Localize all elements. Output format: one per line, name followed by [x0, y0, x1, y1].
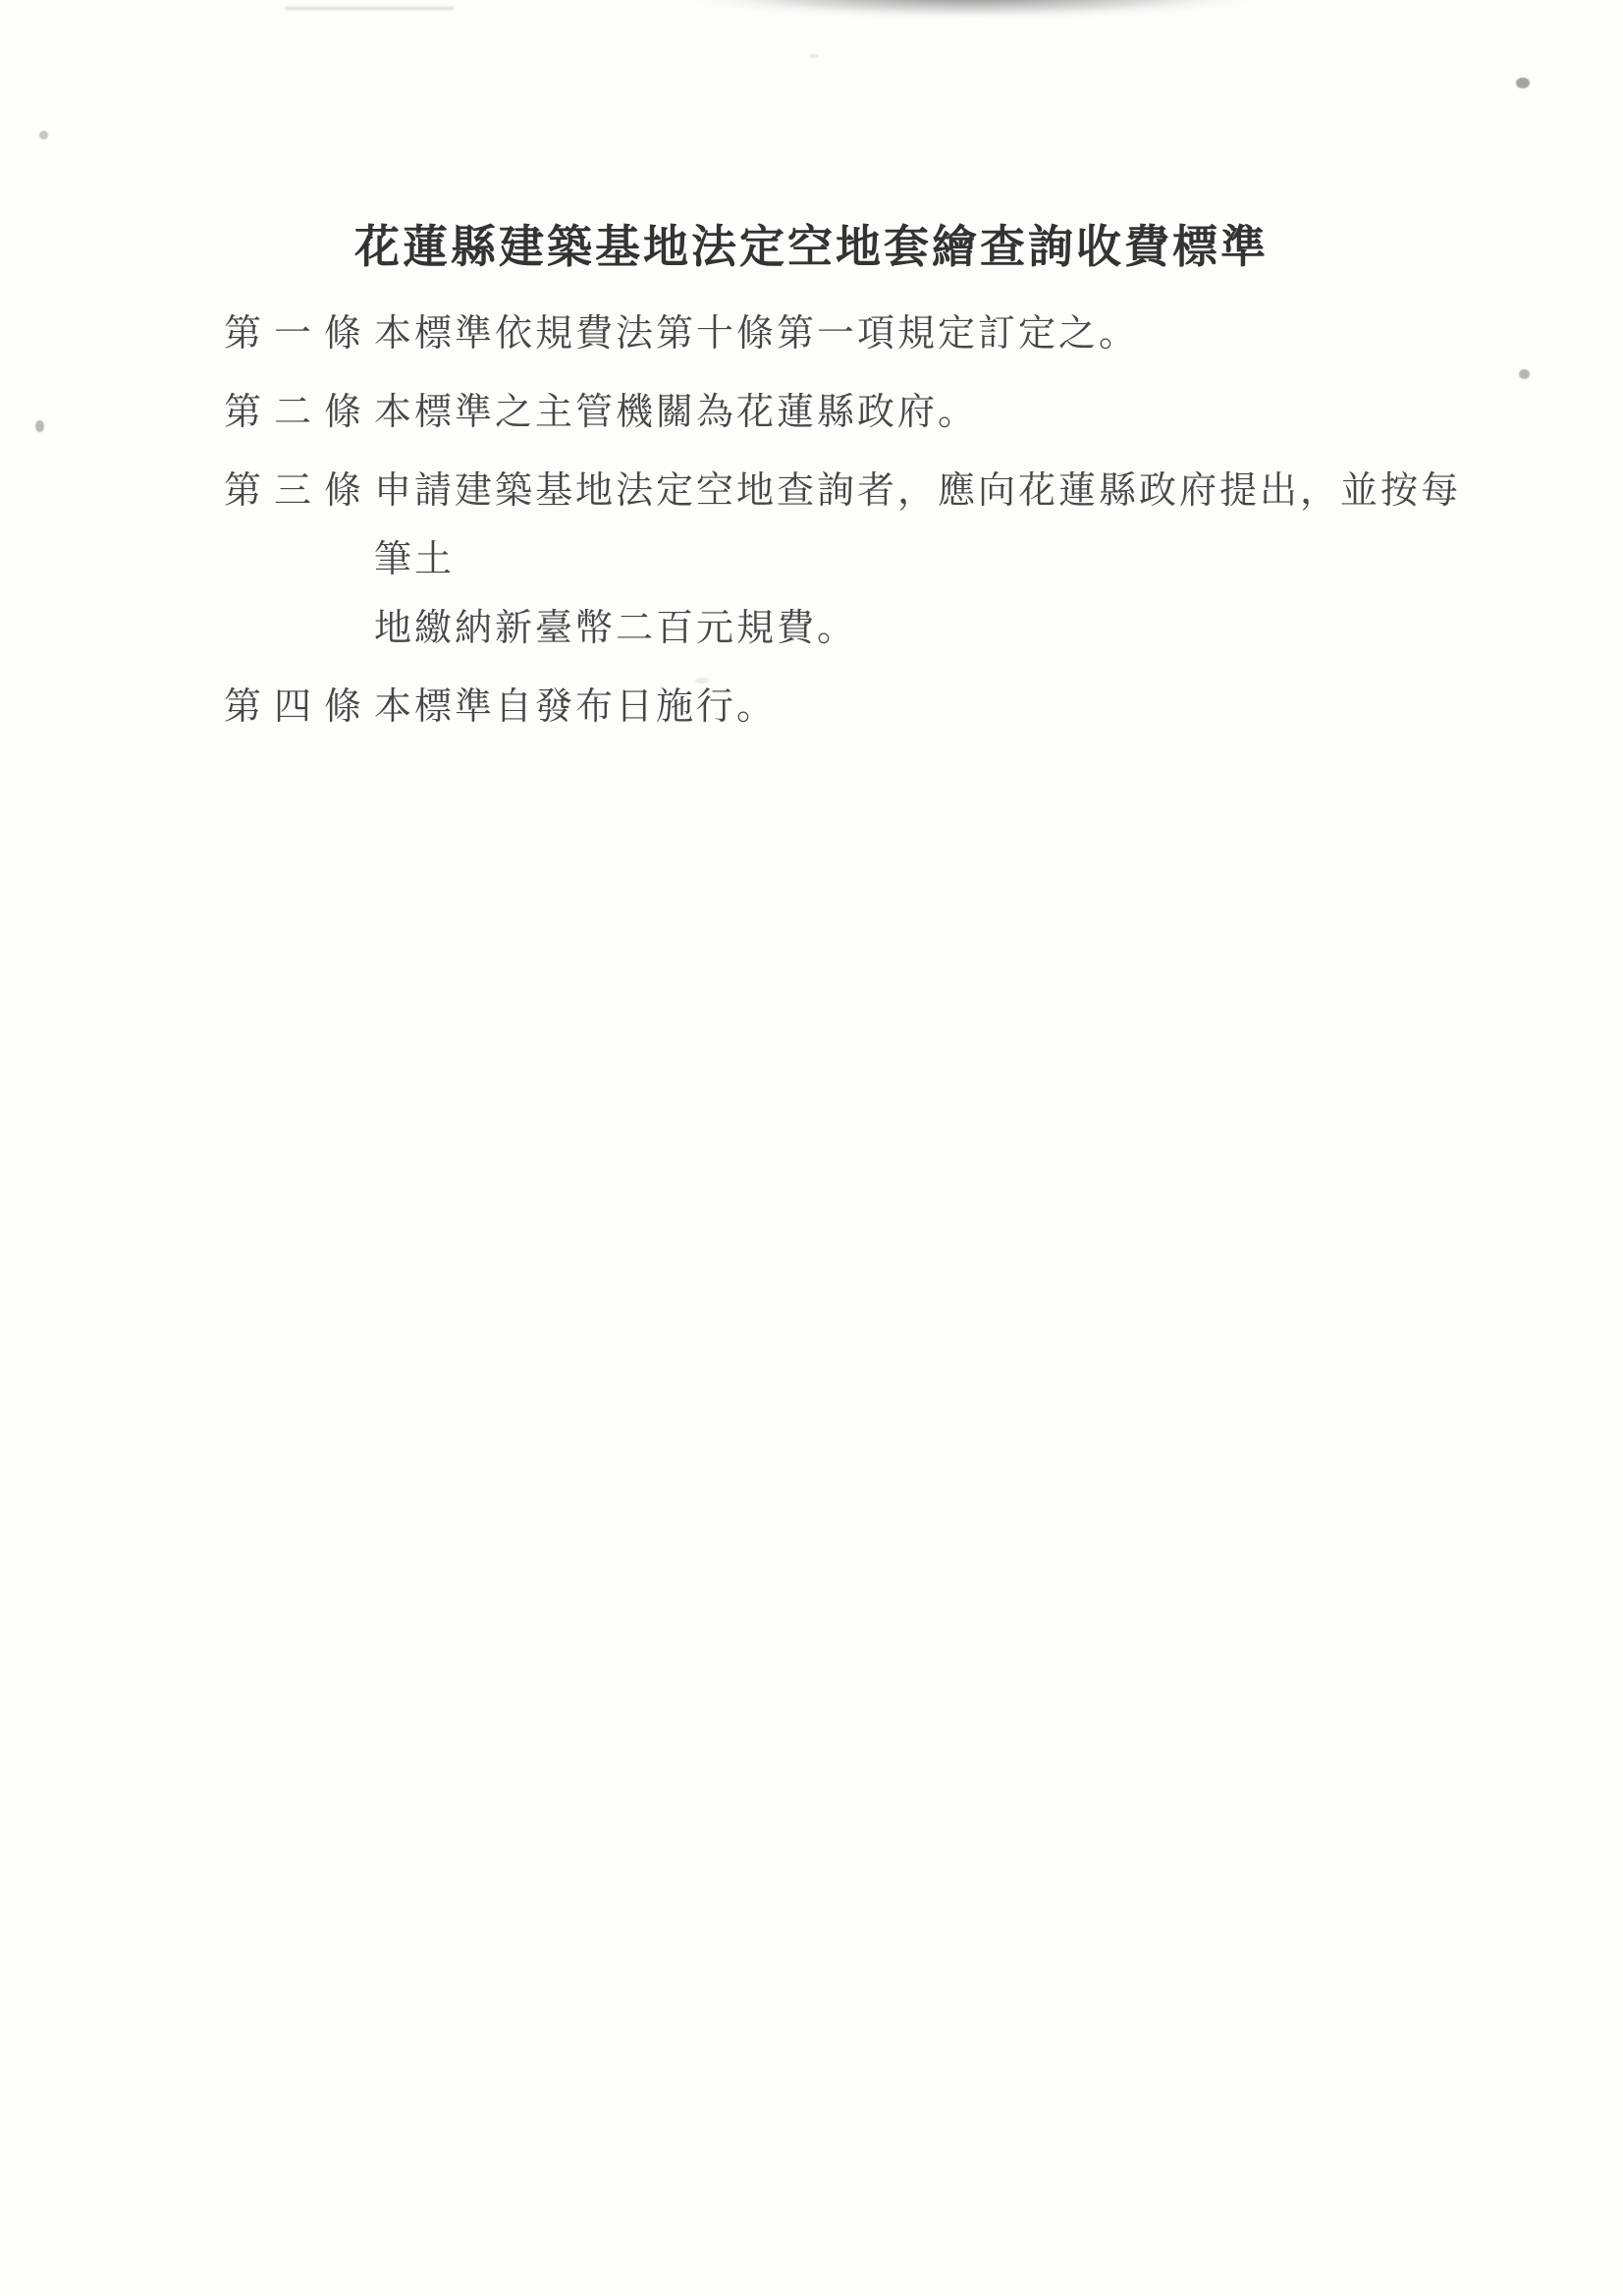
article-row: 第一條 本標準依規費法第十條第一項規定訂定之。	[224, 299, 1477, 367]
scanned-document-page: 花蓮縣建築基地法定空地套繪查詢收費標準 第一條 本標準依規費法第十條第一項規定訂…	[0, 0, 1623, 2296]
article-row: 第三條 申請建築基地法定空地查詢者，應向花蓮縣政府提出，並按每筆土 地繳納新臺幣…	[224, 456, 1477, 662]
document-title: 花蓮縣建築基地法定空地套繪查詢收費標準	[0, 220, 1623, 273]
article-row: 第二條 本標準之主管機關為花蓮縣政府。	[224, 377, 1477, 446]
article-body: 申請建築基地法定空地查詢者，應向花蓮縣政府提出，並按每筆土 地繳納新臺幣二百元規…	[374, 456, 1477, 662]
article-body: 本標準之主管機關為花蓮縣政府。	[374, 377, 1477, 446]
article-body: 本標準依規費法第十條第一項規定訂定之。	[374, 299, 1477, 367]
article-row: 第四條 本標準自發布日施行。	[224, 672, 1477, 740]
article-body: 本標準自發布日施行。	[374, 672, 1477, 740]
article-label: 第四條	[224, 672, 374, 740]
document-content: 花蓮縣建築基地法定空地套繪查詢收費標準 第一條 本標準依規費法第十條第一項規定訂…	[0, 0, 1623, 740]
article-label: 第三條	[224, 456, 374, 524]
article-label: 第二條	[224, 377, 374, 446]
articles-list: 第一條 本標準依規費法第十條第一項規定訂定之。 第二條 本標準之主管機關為花蓮縣…	[224, 299, 1477, 740]
article-label: 第一條	[224, 299, 374, 367]
